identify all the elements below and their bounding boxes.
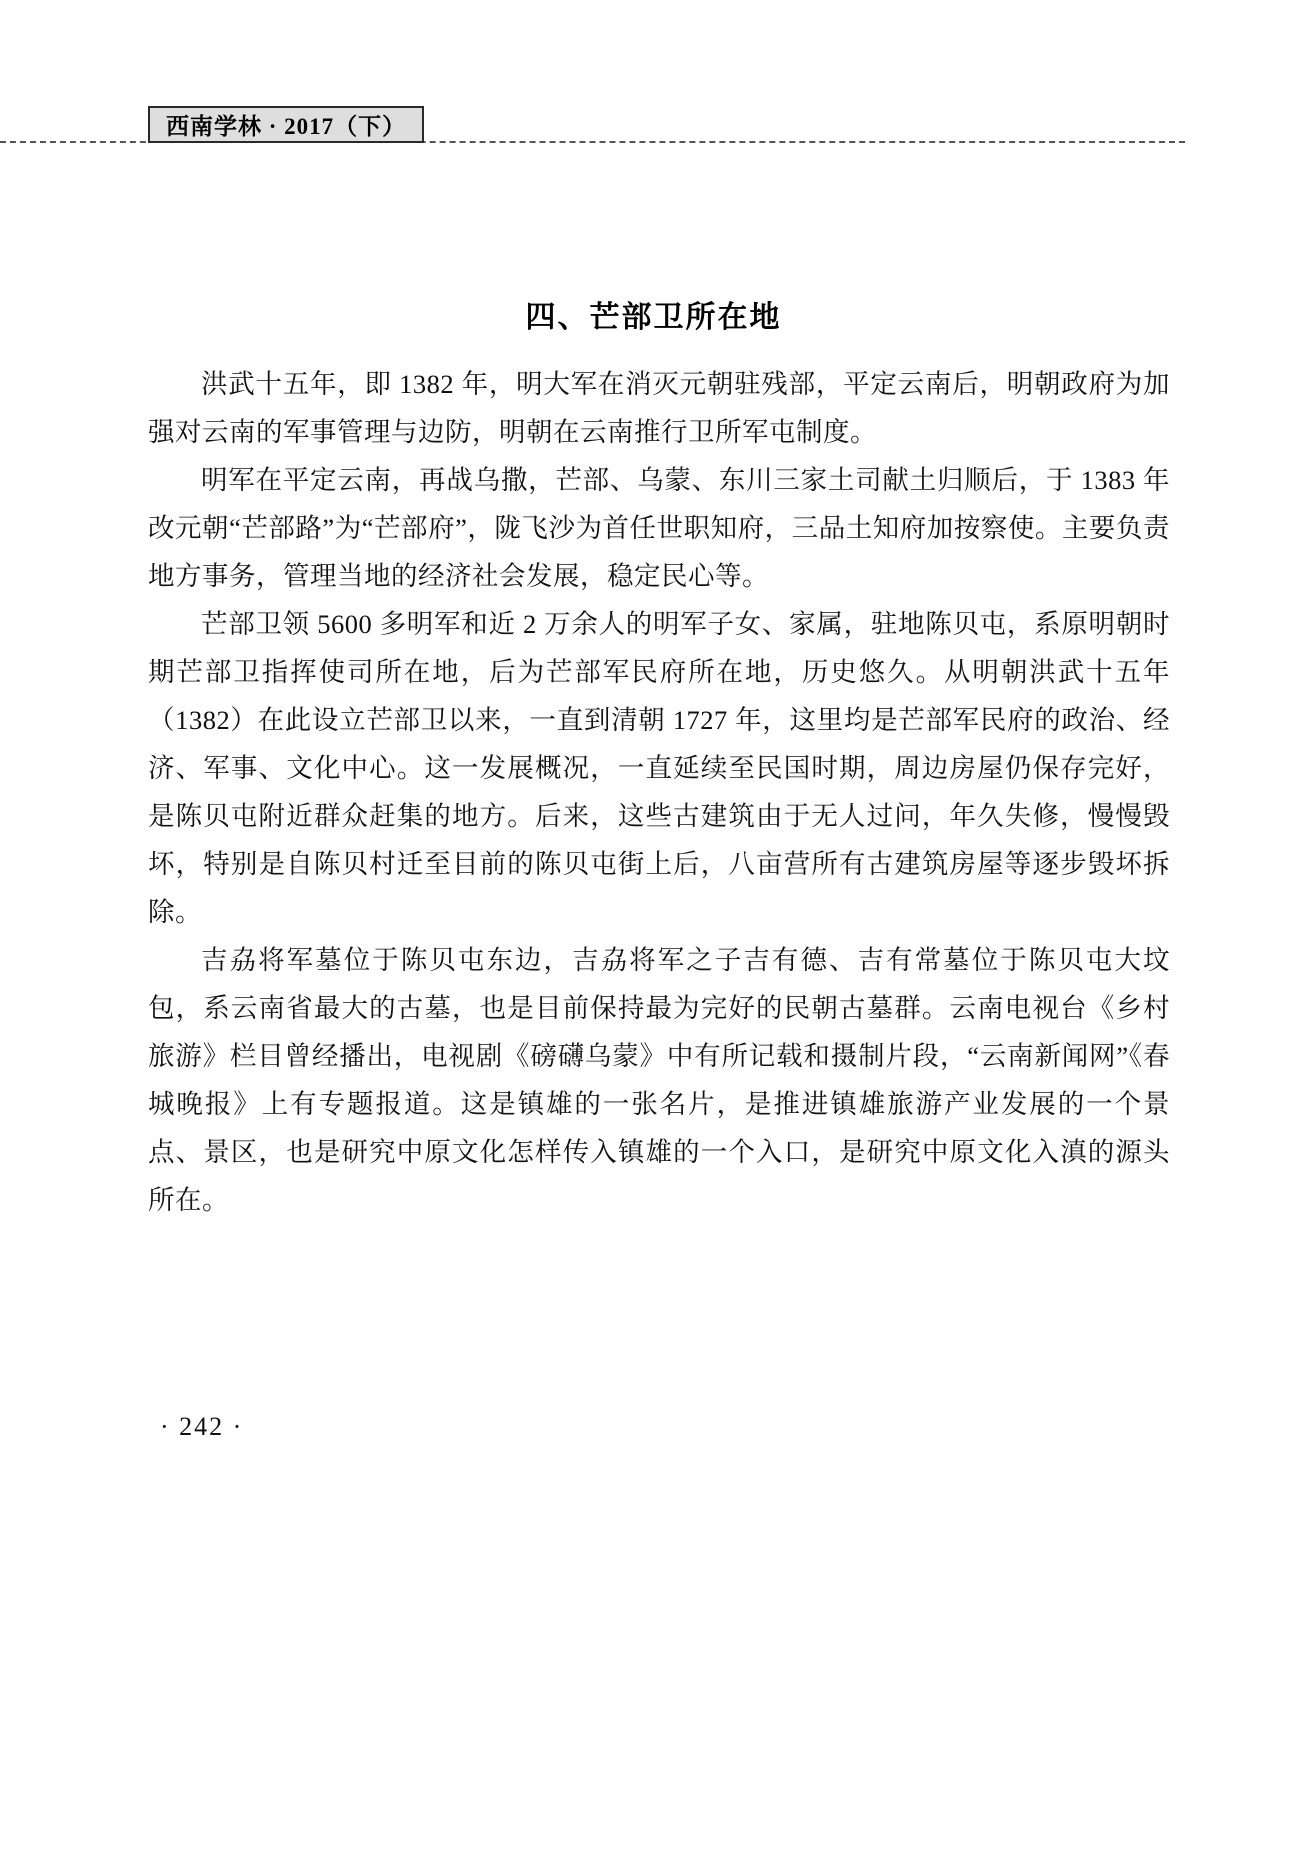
section-title: 四、芒部卫所在地 (0, 292, 1307, 336)
body-paragraph: 洪武十五年，即 1382 年，明大军在消灭元朝驻残部，平定云南后，明朝政府为加强… (148, 360, 1170, 456)
article-body: 洪武十五年，即 1382 年，明大军在消灭元朝驻残部，平定云南后，明朝政府为加强… (148, 360, 1170, 1224)
journal-header-badge: 西南学林 · 2017（下） (148, 106, 424, 143)
page-number: · 242 · (160, 1412, 243, 1442)
journal-header-label: 西南学林 · 2017（下） (166, 108, 406, 141)
body-paragraph: 芒部卫领 5600 多明军和近 2 万余人的明军子女、家属，驻地陈贝屯，系原明朝… (148, 600, 1170, 936)
body-paragraph: 吉劦将军墓位于陈贝屯东边，吉劦将军之子吉有德、吉有常墓位于陈贝屯大坟包，系云南省… (148, 936, 1170, 1224)
document-page: 西南学林 · 2017（下） 四、芒部卫所在地 洪武十五年，即 1382 年，明… (0, 0, 1307, 1859)
body-paragraph: 明军在平定云南，再战乌撒，芒部、乌蒙、东川三家土司献土归顺后，于 1383 年改… (148, 456, 1170, 600)
